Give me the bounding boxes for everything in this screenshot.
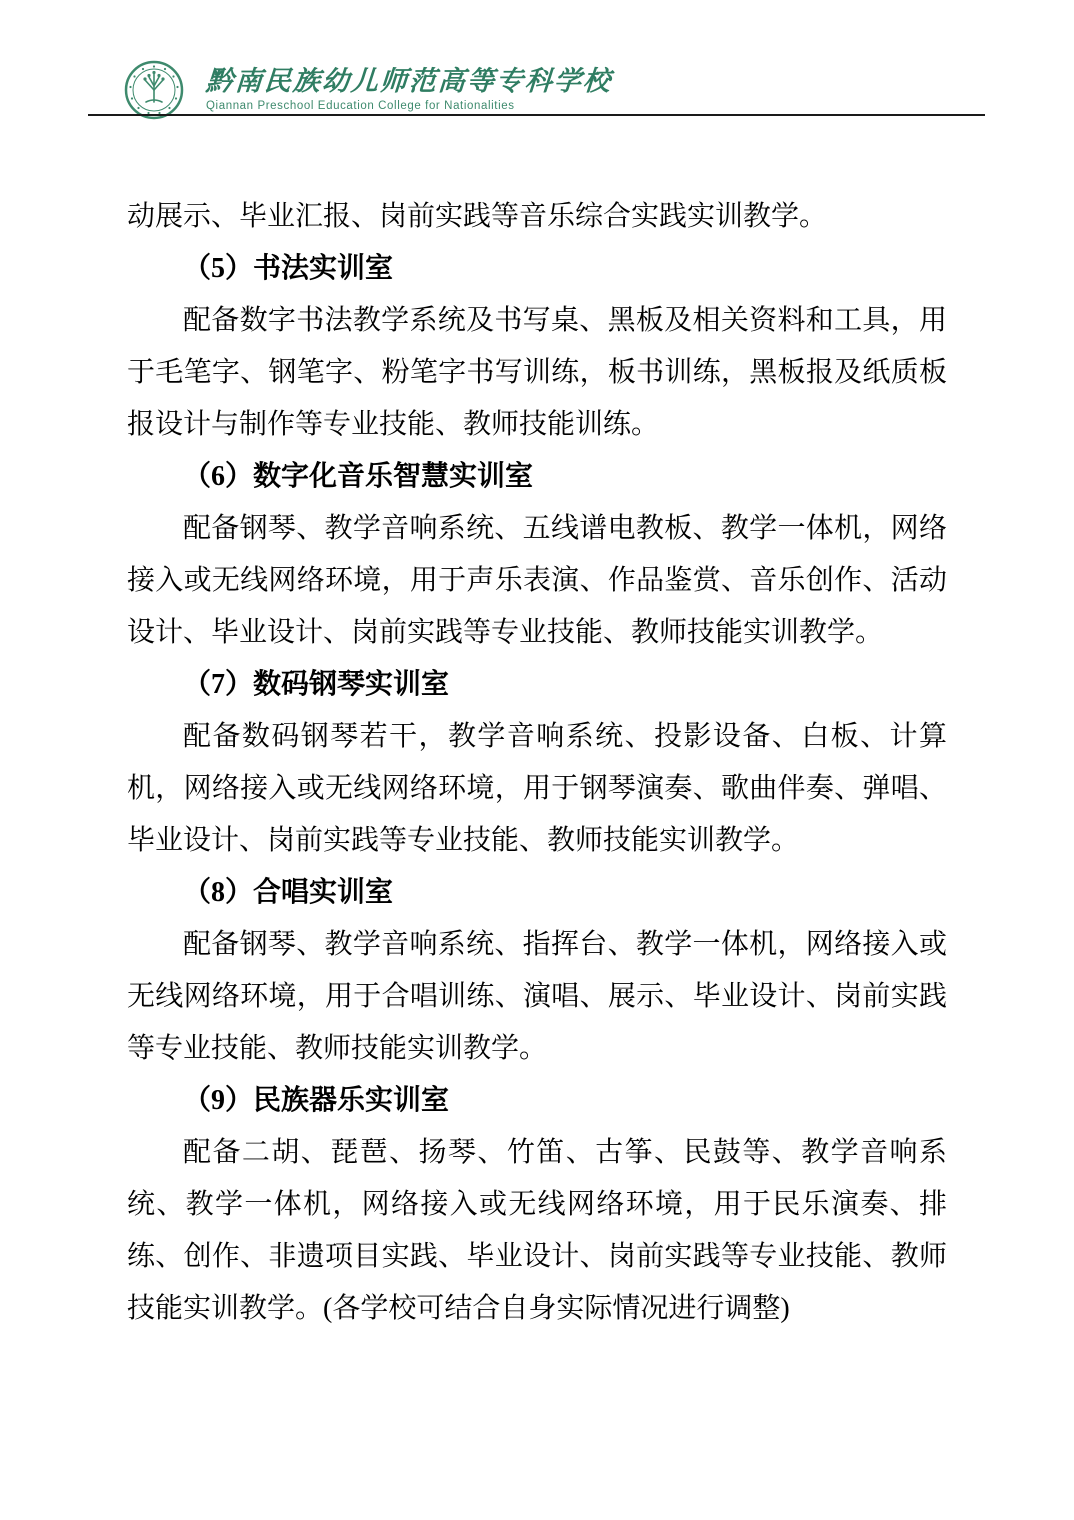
section-5-body: 配备数字书法教学系统及书写桌、黑板及相关资料和工具，用于毛笔字、钢笔字、粉笔字书… <box>127 295 947 451</box>
section-6-heading: （6）数字化音乐智慧实训室 <box>127 451 947 503</box>
section-8-body: 配备钢琴、教学音响系统、指挥台、教学一体机，网络接入或无线网络环境，用于合唱训练… <box>127 919 947 1075</box>
section-9-body: 配备二胡、琵琶、扬琴、竹笛、古筝、民鼓等、教学音响系统、教学一体机，网络接入或无… <box>127 1127 947 1335</box>
page-header: 黔南民族幼儿师范高等专科学校 Qiannan Preschool Educati… <box>88 60 985 120</box>
school-logo: 黔南民族幼儿师范高等专科学校 Qiannan Preschool Educati… <box>124 60 985 120</box>
school-title-block: 黔南民族幼儿师范高等专科学校 Qiannan Preschool Educati… <box>206 60 612 112</box>
section-5-heading: （5）书法实训室 <box>127 243 947 295</box>
school-seal-icon <box>124 60 184 120</box>
section-8-heading: （8）合唱实训室 <box>127 867 947 919</box>
continuation-line: 动展示、毕业汇报、岗前实践等音乐综合实践实训教学。 <box>127 191 947 243</box>
school-name-zh: 黔南民族幼儿师范高等专科学校 <box>205 66 613 96</box>
section-7-body: 配备数码钢琴若干，教学音响系统、投影设备、白板、计算机，网络接入或无线网络环境，… <box>127 711 947 867</box>
document-page: 黔南民族幼儿师范高等专科学校 Qiannan Preschool Educati… <box>0 0 1074 1520</box>
section-9-heading: （9）民族器乐实训室 <box>127 1075 947 1127</box>
school-name-en: Qiannan Preschool Education College for … <box>206 100 612 112</box>
header-divider <box>88 114 985 116</box>
section-7-heading: （7）数码钢琴实训室 <box>127 659 947 711</box>
section-6-body: 配备钢琴、教学音响系统、五线谱电教板、教学一体机，网络接入或无线网络环境，用于声… <box>127 503 947 659</box>
document-body: 动展示、毕业汇报、岗前实践等音乐综合实践实训教学。 （5）书法实训室 配备数字书… <box>127 191 947 1335</box>
